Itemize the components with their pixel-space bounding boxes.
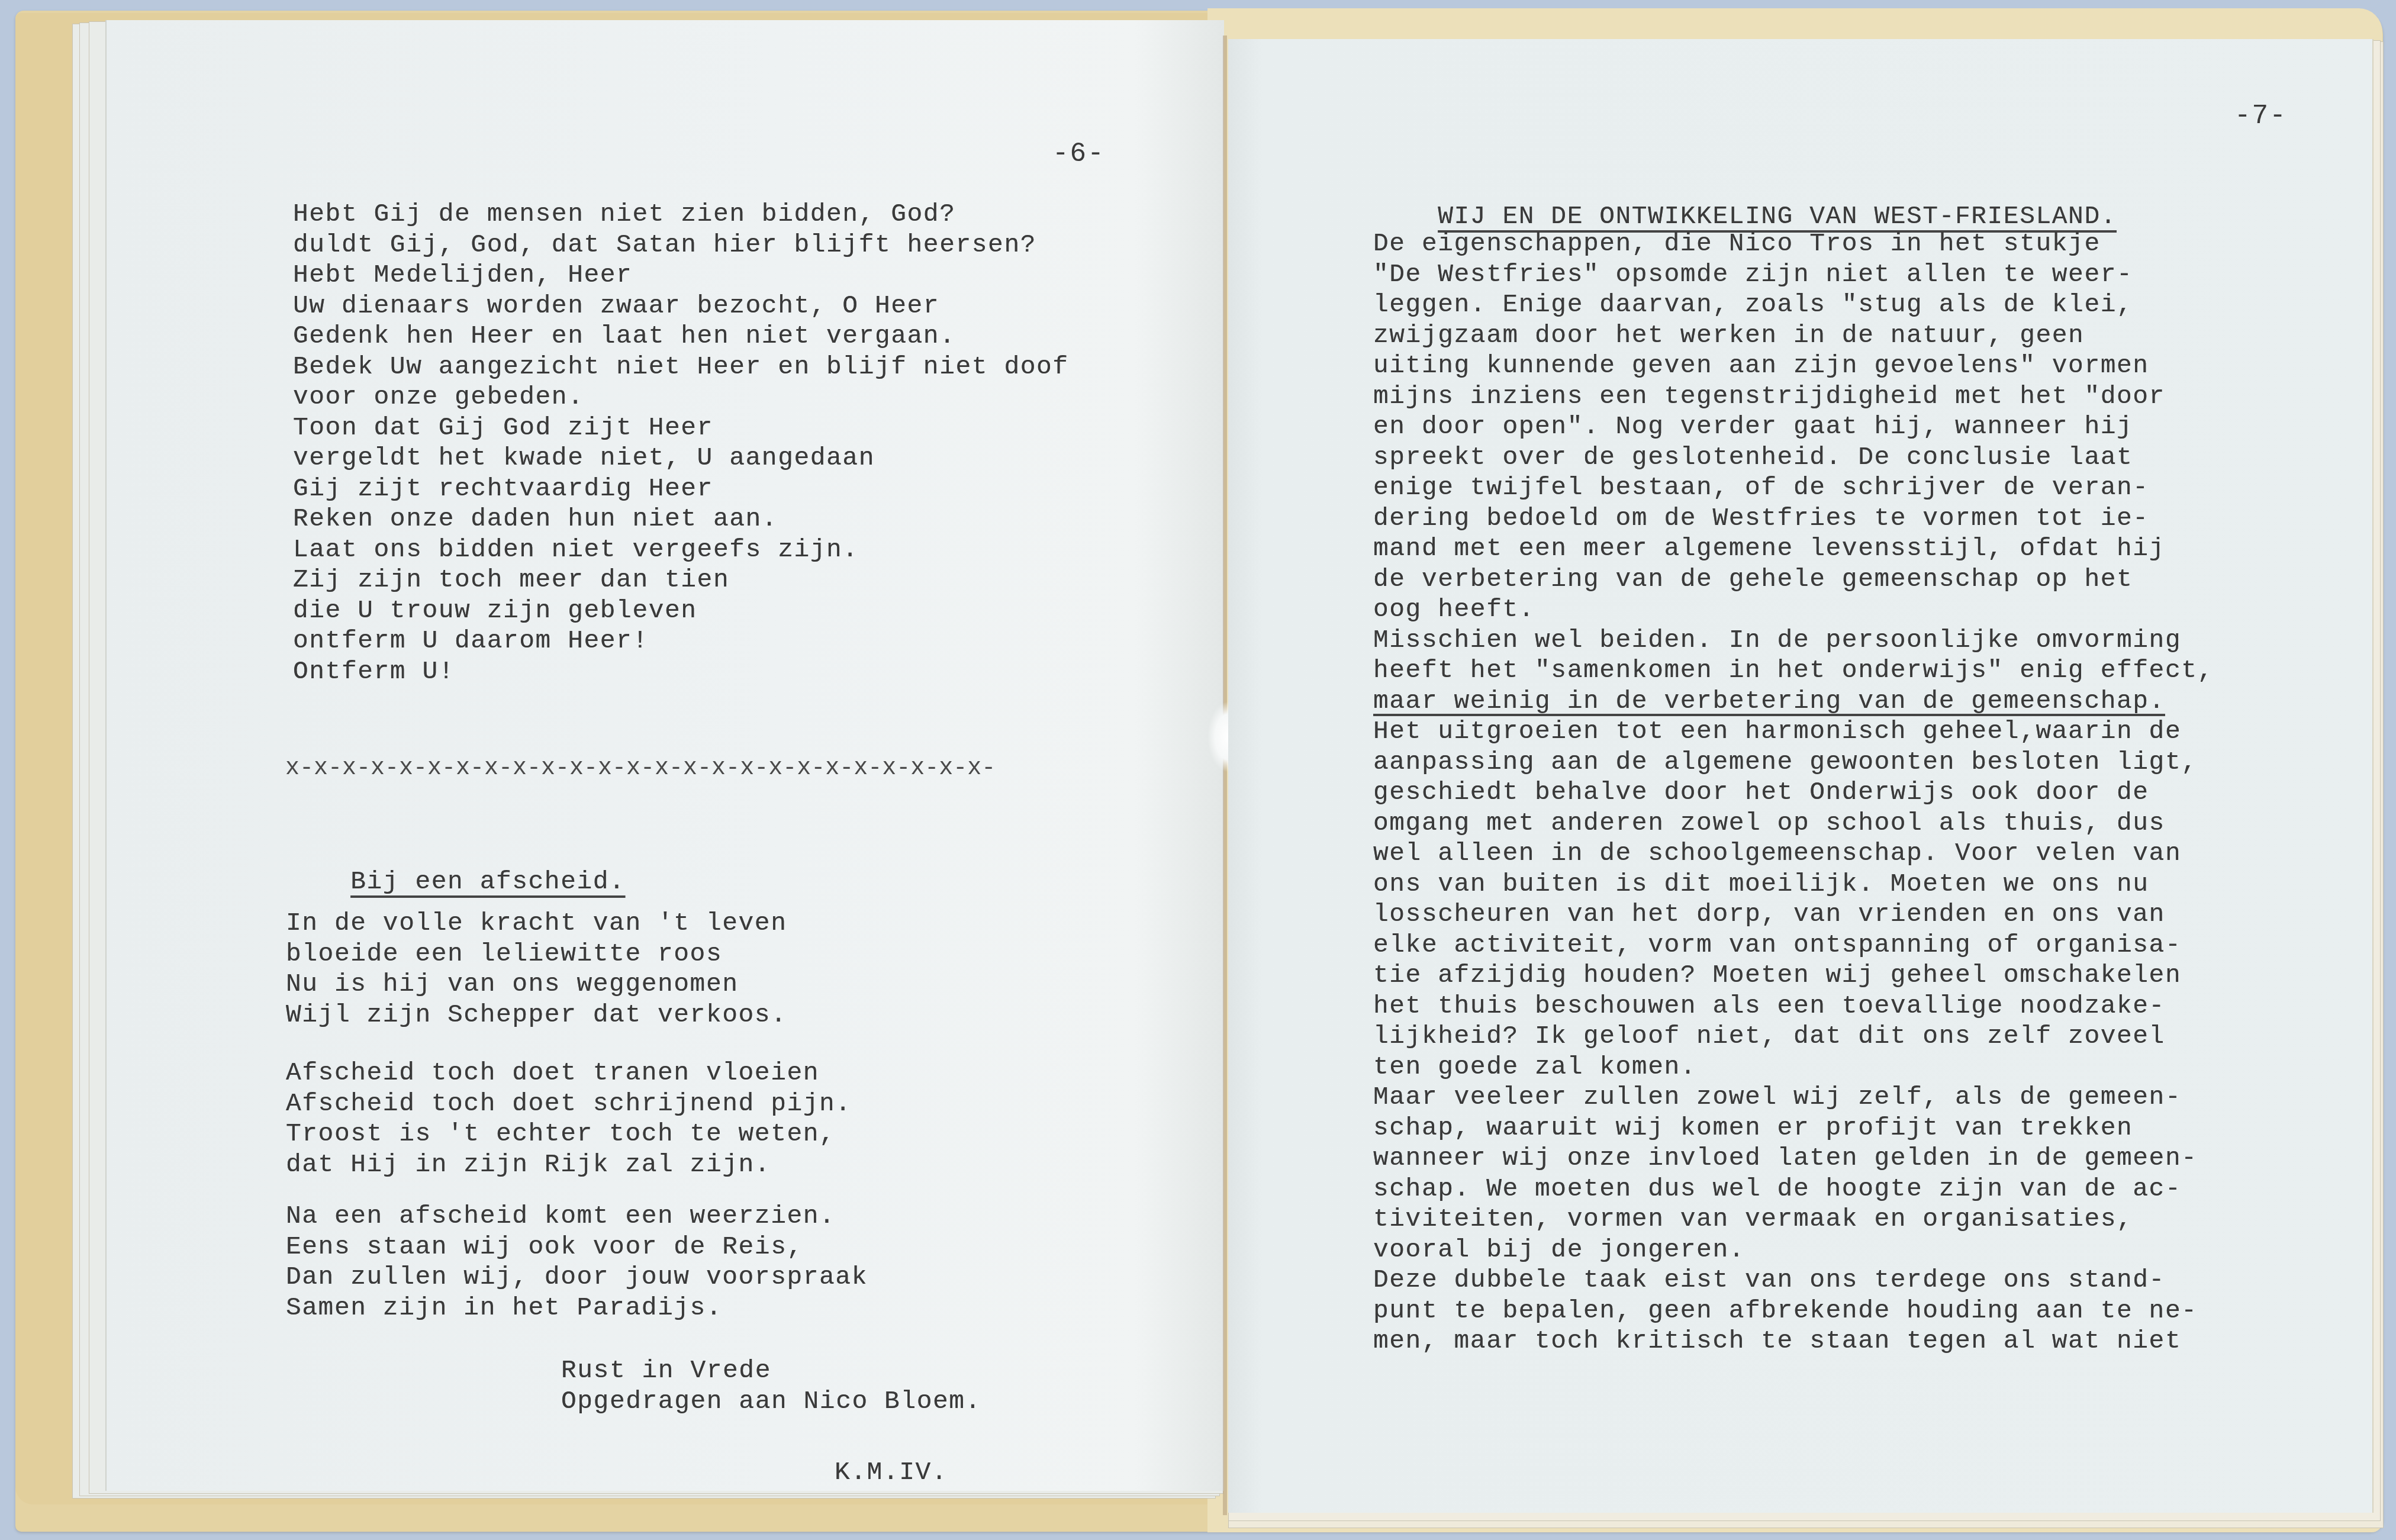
article-line: wel alleen in de schoolgemeenschap. Voor…	[1373, 838, 2214, 869]
article-line: oog heeft.	[1373, 594, 2214, 625]
poem-stanza-1: In de volle kracht van 't levenbloeide e…	[286, 908, 787, 1030]
poem-line: bloeide een leliewitte roos	[286, 939, 787, 969]
prayer-text: Hebt Gij de mensen niet zien bidden, God…	[293, 199, 1069, 687]
article-line: Deze dubbele taak eist van ons terdege o…	[1373, 1265, 2214, 1296]
prayer-line: voor onze gebeden.	[293, 382, 1069, 413]
article-line: uiting kunnende geven aan zijn gevoelens…	[1373, 350, 2214, 381]
prayer-line: duldt Gij, God, dat Satan hier blijft he…	[293, 230, 1069, 260]
prayer-line: Bedek Uw aangezicht niet Heer en blijf n…	[293, 352, 1069, 382]
article-line: tie afzijdig houden? Moeten wij geheel o…	[1373, 960, 2214, 991]
poem-line: In de volle kracht van 't leven	[286, 908, 787, 939]
prayer-line: Ontferm U!	[293, 656, 1069, 687]
article-line: tiviteiten, vormen van vermaak en organi…	[1373, 1204, 2214, 1235]
left-page: -6- Hebt Gij de mensen niet zien bidden,…	[105, 20, 1224, 1491]
article-line: elke activiteit, vorm van ontspanning of…	[1373, 930, 2214, 961]
poem-line: Wijl zijn Schepper dat verkoos.	[286, 1000, 787, 1030]
poem-title-text: Bij een afscheid.	[350, 867, 625, 896]
section-divider: x-x-x-x-x-x-x-x-x-x-x-x-x-x-x-x-x-x-x-x-…	[285, 755, 996, 782]
article-line: ons van buiten is dit moeilijk. Moeten w…	[1373, 869, 2214, 900]
poem-line: Samen zijn in het Paradijs.	[286, 1293, 868, 1323]
article-line: enige twijfel bestaan, of de schrijver d…	[1373, 472, 2214, 503]
article-line: spreekt over de geslotenheid. De conclus…	[1373, 442, 2214, 473]
article-line: en door open". Nog verder gaat hij, wann…	[1373, 411, 2214, 442]
article-line: mijns inziens een tegenstrijdigheid met …	[1373, 381, 2214, 412]
right-page: -7- WIJ EN DE ONTWIKKELING VAN WEST-FRIE…	[1228, 39, 2374, 1513]
poem-line: Troost is 't echter toch te weten,	[286, 1119, 852, 1149]
article-line: heeft het "samenkomen in het onderwijs" …	[1373, 655, 2214, 686]
prayer-line: Hebt Gij de mensen niet zien bidden, God…	[293, 199, 1069, 230]
prayer-line: vergeldt het kwade niet, U aangedaan	[293, 443, 1069, 473]
article-title-text: WIJ EN DE ONTWIKKELING VAN WEST-FRIESLAN…	[1438, 202, 2117, 231]
prayer-line: die U trouw zijn gebleven	[293, 595, 1069, 626]
poem-stanza-3: Na een afscheid komt een weerzien.Eens s…	[286, 1201, 868, 1323]
prayer-line: Uw dienaars worden zwaar bezocht, O Heer	[293, 291, 1069, 321]
article-line: wanneer wij onze invloed laten gelden in…	[1373, 1143, 2214, 1174]
article-line: schap. We moeten dus wel de hoogte zijn …	[1373, 1174, 2214, 1204]
poem-line: Afscheid toch doet schrijnend pijn.	[286, 1088, 852, 1119]
poem-line: dat Hij in zijn Rijk zal zijn.	[286, 1149, 852, 1180]
poem-stanza-2: Afscheid toch doet tranen vloeienAfschei…	[286, 1058, 852, 1180]
article-line: Het uitgroeien tot een harmonisch geheel…	[1373, 716, 2214, 747]
article-body: De eigenschappen, die Nico Tros in het s…	[1373, 228, 2214, 1357]
article-line: schap, waaruit wij komen er profijt van …	[1373, 1113, 2214, 1143]
article-line: omgang met anderen zowel op school als t…	[1373, 808, 2214, 839]
article-line: Maar veeleer zullen zowel wij zelf, als …	[1373, 1082, 2214, 1113]
closing-line: Opgedragen aan Nico Bloem.	[561, 1386, 981, 1417]
article-line: men, maar toch kritisch te staan tegen a…	[1373, 1326, 2214, 1357]
page-number-right: -7-	[2234, 101, 2287, 131]
poem-line: Dan zullen wij, door jouw voorspraak	[286, 1262, 868, 1293]
article-line: De eigenschappen, die Nico Tros in het s…	[1373, 228, 2214, 259]
article-line: lijkheid? Ik geloof niet, dat dit ons ze…	[1373, 1021, 2214, 1052]
article-line: dering bedoeld om de Westfries te vormen…	[1373, 503, 2214, 534]
prayer-line: Gedenk hen Heer en laat hen niet vergaan…	[293, 321, 1069, 352]
article-line: zwijgzaam door het werken in de natuur, …	[1373, 320, 2214, 351]
article-line: de verbetering van de gehele gemeenschap…	[1373, 564, 2214, 595]
prayer-line: ontferm U daarom Heer!	[293, 626, 1069, 656]
article-line: maar weinig in de verbetering van de gem…	[1373, 686, 2165, 717]
prayer-line: Toon dat Gij God zijt Heer	[293, 413, 1069, 443]
article-line: leggen. Enige daarvan, zoals "stug als d…	[1373, 289, 2214, 320]
poem-line: Nu is hij van ons weggenomen	[286, 969, 787, 1000]
poem-line: Eens staan wij ook voor de Reis,	[286, 1232, 868, 1262]
article-line: vooral bij de jongeren.	[1373, 1235, 2214, 1265]
page-number-left: -6-	[1052, 138, 1105, 169]
closing-line: Rust in Vrede	[561, 1355, 981, 1386]
booklet-spine	[1223, 36, 1227, 1515]
poem-closing: Rust in VredeOpgedragen aan Nico Bloem.	[561, 1355, 981, 1416]
article-line: Misschien wel beiden. In de persoonlijke…	[1373, 625, 2214, 656]
signature: K.M.IV.	[835, 1457, 948, 1488]
article-line: "De Westfries" opsomde zijn niet allen t…	[1373, 259, 2214, 290]
article-line: aanpassing aan de algemene gewoonten bes…	[1373, 747, 2214, 778]
prayer-line: Zij zijn toch meer dan tien	[293, 565, 1069, 595]
article-line: punt te bepalen, geen afbrekende houding…	[1373, 1296, 2214, 1326]
article-line: mand met een meer algemene levensstijl, …	[1373, 533, 2214, 564]
article-line: losscheuren van het dorp, van vrienden e…	[1373, 899, 2214, 930]
article-line: ten goede zal komen.	[1373, 1052, 2214, 1082]
prayer-line: Laat ons bidden niet vergeefs zijn.	[293, 534, 1069, 565]
article-line: het thuis beschouwen als een toevallige …	[1373, 991, 2214, 1022]
prayer-line: Hebt Medelijden, Heer	[293, 260, 1069, 291]
article-line: geschiedt behalve door het Onderwijs ook…	[1373, 777, 2214, 808]
prayer-line: Gij zijt rechtvaardig Heer	[293, 473, 1069, 504]
poem-line: Na een afscheid komt een weerzien.	[286, 1201, 868, 1232]
prayer-line: Reken onze daden hun niet aan.	[293, 504, 1069, 534]
poem-line: Afscheid toch doet tranen vloeien	[286, 1058, 852, 1088]
